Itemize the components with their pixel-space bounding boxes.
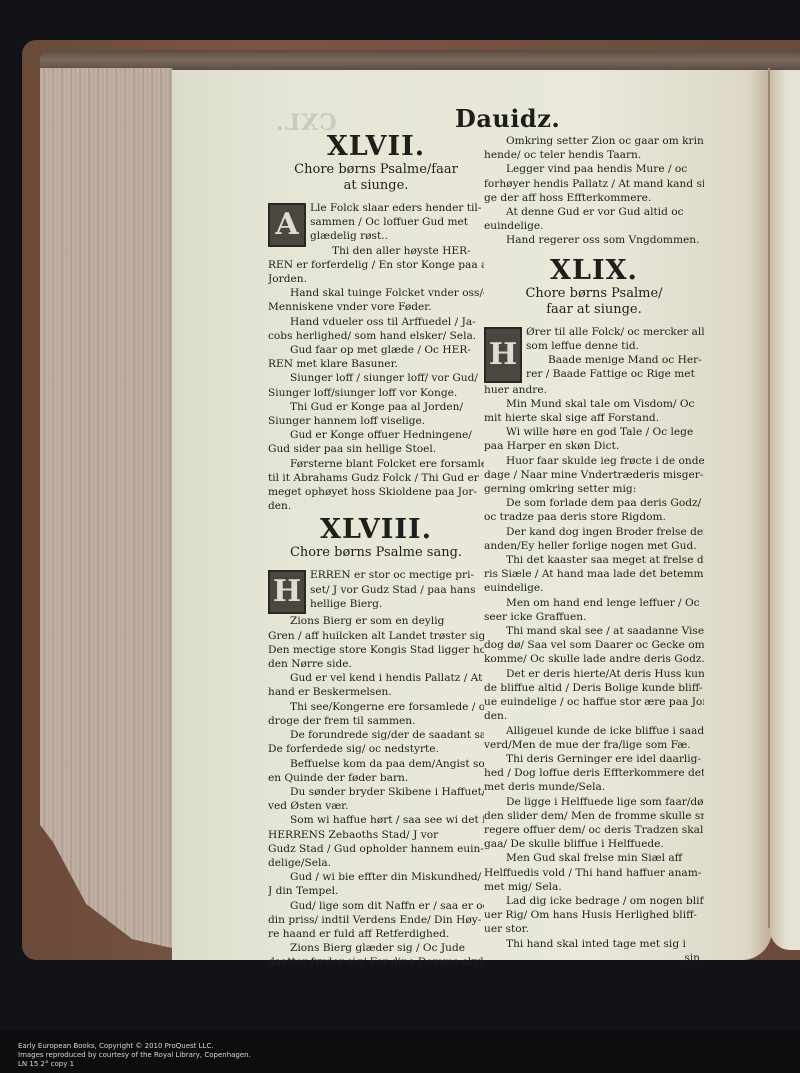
verse-line: ge der aff hoss Effterkommere. <box>484 191 704 205</box>
verse-line: gerning omkring setter mig: <box>484 482 704 496</box>
verse-line: ue euindelige / oc haffue stor ære paa J… <box>484 695 704 709</box>
verse-line: De forundrede sig/der de saadant saae/ <box>268 728 484 742</box>
verse-line: droge der frem til sammen. <box>268 714 484 728</box>
decorated-initial-icon: H <box>268 570 306 614</box>
verse-line: dage / Naar mine Vndertræderis misger- <box>484 468 704 482</box>
footer-line: LN 15 2° copy 1 <box>18 1060 251 1069</box>
psalm-number: XLVIII. <box>268 515 484 545</box>
verse-line: de bliffue altid / Deris Bolige kunde bl… <box>484 681 704 695</box>
psalm-title-line: Chore børns Psalme sang. <box>268 545 484 561</box>
verse-line: Thi den aller høyste HER- <box>310 244 484 258</box>
verse-line: Thi det kaaster saa meget at frelse de- <box>484 553 704 567</box>
psalm-49: XLIX. Chore børns Psalme/ faar at siunge… <box>484 256 704 965</box>
verse-line: gaa/ De skulle bliffue i Helffuede. <box>484 837 704 851</box>
verse-line: Den mectige store Kongis Stad ligger hos… <box>268 643 484 657</box>
psalm-title: Chore børns Psalme/faar at siunge. <box>268 162 484 194</box>
verse-line: Som wi haffue hørt / saa see wi det i <box>268 813 484 827</box>
verse-line: euindelige. <box>484 581 704 595</box>
psalm-body: H Ører til alle Folck/ oc mercker alle s… <box>484 325 704 965</box>
verse-line: verd/Men de mue der fra/lige som Fæ. <box>484 738 704 752</box>
verse-line: Omkring setter Zion oc gaar om kring <box>484 134 704 148</box>
verse-line: set/ J vor Gudz Stad / paa hans <box>310 583 484 597</box>
verse-line: Hand vdueler oss til Arffuedel / Ja- <box>268 315 484 329</box>
scan-viewport: CXL. Dauidz. XLVII. Chore børns Psalme/f… <box>0 0 800 1030</box>
footer-line: Early European Books, Copyright © 2010 P… <box>18 1042 251 1051</box>
psalm-body: H ERREN er stor oc mectige pri- set/ J v… <box>268 568 484 969</box>
psalm-title-line: Chore børns Psalme/faar <box>268 162 484 178</box>
psalm-body: A Lle Folck slaar eders hender til- samm… <box>268 201 484 513</box>
verse-line: ved Østen vær. <box>268 799 484 813</box>
verse-line: som leffue denne tid. <box>526 339 704 353</box>
psalm-number: XLVII. <box>268 132 484 162</box>
verse-line: seer icke Graffuen. <box>484 610 704 624</box>
verse-line: uer Rig/ Om hans Husis Herlighed bliff- <box>484 908 704 922</box>
verse-line: Zions Bierg glæder sig / Oc Jude <box>268 941 484 955</box>
decorated-initial-icon: H <box>484 327 522 383</box>
psalm-title: Chore børns Psalme/ faar at siunge. <box>484 286 704 318</box>
verse-line: oc tradze paa deris store Rigdom. <box>484 510 704 524</box>
verse-line: Thi mand skal see / at saadanne Vise <box>484 624 704 638</box>
verse-line: hed / Dog loffue deris Effterkommere det <box>484 766 704 780</box>
verse-line: Førsterne blant Folcket ere forsamlede <box>268 457 484 471</box>
verse-line: HERRENS Zebaoths Stad/ J vor <box>268 828 484 842</box>
verse-line: met mig/ Sela. <box>484 880 704 894</box>
verse-line: hand er Beskermelsen. <box>268 685 484 699</box>
decorated-initial-icon: A <box>268 203 306 247</box>
verse-line: euindelige. <box>484 219 704 233</box>
verse-line: den slider dem/ Men de fromme skulle sna… <box>484 809 704 823</box>
verse-line: De ligge i Helffuede lige som faar/dø- <box>484 795 704 809</box>
verse-line: Thi deris Gerninger ere idel daarlig- <box>484 752 704 766</box>
verse-line: Siunger hannem loff viselige. <box>268 414 484 428</box>
verse-line: Jorden. <box>268 272 484 286</box>
verse-line: cobs herlighed/ som hand elsker/ Sela. <box>268 329 484 343</box>
verse-line: At denne Gud er vor Gud altid oc <box>484 205 704 219</box>
verse-line: ERREN er stor oc mectige pri- <box>310 568 484 582</box>
verse-line: til it Abrahams Gudz Folck / Thi Gud er <box>268 471 484 485</box>
verse-line: den. <box>484 709 704 723</box>
psalm-number: XLIX. <box>484 256 704 286</box>
verse-line: De som forlade dem paa deris Godz/ <box>484 496 704 510</box>
verse-line: Gud / wi bie effter din Miskundhed/ <box>268 870 484 884</box>
verse-line: huer andre. <box>484 383 704 397</box>
verse-line: ris Siæle / At hand maa lade det betemme <box>484 567 704 581</box>
verse-line: en Quinde der føder barn. <box>268 771 484 785</box>
verse-line: forhøyer hendis Pallatz / At mand kand s… <box>484 177 704 191</box>
psalm-title: Chore børns Psalme sang. <box>268 545 484 561</box>
verse-line: Hand regerer oss som Vngdommen. <box>484 233 704 247</box>
psalm-48: XLVIII. Chore børns Psalme sang. H ERREN… <box>268 515 484 969</box>
verse-line: Siunger loff / siunger loff/ vor Gud/ <box>268 371 484 385</box>
verse-line: komme/ Oc skulle lade andre deris Godz. <box>484 652 704 666</box>
psalm-title-line: faar at siunge. <box>484 302 704 318</box>
verse-line: Thi hand skal inted tage met sig i <box>484 937 704 951</box>
verse-line: daatter fryder sig/ For dine Domme skyld… <box>268 955 484 969</box>
verse-line: Du sønder bryder Skibene i Haffuet/ <box>268 785 484 799</box>
psalm-title-line: Chore børns Psalme/ <box>484 286 704 302</box>
verse-line: Min Mund skal tale om Visdom/ Oc <box>484 397 704 411</box>
verse-line: Gudz Stad / Gud opholder hannem euin- <box>268 842 484 856</box>
left-column: XLVII. Chore børns Psalme/faar at siunge… <box>268 130 484 970</box>
verse-line: Men Gud skal frelse min Siæl aff <box>484 851 704 865</box>
verse-line: rer / Baade Fattige oc Rige met <box>526 367 704 381</box>
psalm-48-continued: Omkring setter Zion oc gaar om kring hen… <box>484 134 704 248</box>
verse-line: Beffuelse kom da paa dem/Angist som <box>268 757 484 771</box>
verse-line: Lad dig icke bedrage / om nogen bliff- <box>484 894 704 908</box>
verse-line: J din Tempel. <box>268 884 484 898</box>
verse-line: REN met klare Basuner. <box>268 357 484 371</box>
verse-line: hellige Bierg. <box>310 597 484 611</box>
verse-line: met deris munde/Sela. <box>484 780 704 794</box>
verse-line: din priss/ indtil Verdens Ende/ Din Høy- <box>268 913 484 927</box>
psalm-title-line: at siunge. <box>268 178 484 194</box>
verse-line: Men om hand end lenge leffuer / Oc <box>484 596 704 610</box>
verse-line: delige/Sela. <box>268 856 484 870</box>
verse-line: Menniskene vnder vore Føder. <box>268 300 484 314</box>
verse-line: Det er deris hierte/At deris Huss kun- <box>484 667 704 681</box>
verse-line: Der kand dog ingen Broder frelse den <box>484 525 704 539</box>
verse-line: Gud faar op met glæde / Oc HER- <box>268 343 484 357</box>
verse-line: dog dø/ Saa vel som Daarer oc Gecke om- <box>484 638 704 652</box>
verse-line: Zions Bierg er som en deylig <box>268 614 484 628</box>
verse-line: De forferdede sig/ oc nedstyrte. <box>268 742 484 756</box>
copyright-footer: Early European Books, Copyright © 2010 P… <box>18 1042 251 1069</box>
verse-line: regere offuer dem/ oc deris Tradzen skal… <box>484 823 704 837</box>
verse-line: Alligeuel kunde de icke bliffue i saadan <box>484 724 704 738</box>
verse-line: Gud sider paa sin hellige Stoel. <box>268 442 484 456</box>
verse-line: uer stor. <box>484 922 704 936</box>
book-headband <box>40 50 800 70</box>
verse-line: Gren / aff huilcken alt Landet trøster s… <box>268 629 484 643</box>
verse-line: Legger vind paa hendis Mure / oc <box>484 162 704 176</box>
verse-line: den. <box>268 499 484 513</box>
verse-line: hende/ oc teler hendis Taarn. <box>484 148 704 162</box>
verse-line: Baade menige Mand oc Her- <box>526 353 704 367</box>
verse-line: Thi Gud er Konge paa al Jorden/ <box>268 400 484 414</box>
right-column: Omkring setter Zion oc gaar om kring hen… <box>484 130 704 965</box>
verse-line: sammen / Oc loffuer Gud met <box>310 215 484 229</box>
verse-line: Gud/ lige som dit Naffn er / saa er oc <box>268 899 484 913</box>
verse-line: Wi wille høre en god Tale / Oc lege <box>484 425 704 439</box>
verse-line: Huor faar skulde ieg frøcte i de onde <box>484 454 704 468</box>
verse-line: Gud er vel kend i hendis Pallatz / At <box>268 671 484 685</box>
verse-line: Hand skal tuinge Folcket vnder oss/oc <box>268 286 484 300</box>
verse-line: Thi see/Kongerne ere forsamlede / oc <box>268 700 484 714</box>
verse-line: paa Harper en skøn Dict. <box>484 439 704 453</box>
psalm-47: XLVII. Chore børns Psalme/faar at siunge… <box>268 132 484 513</box>
verse-line: Helffuedis vold / Thi hand haffuer anam- <box>484 866 704 880</box>
verse-line: anden/Ey heller forlige nogen met Gud. <box>484 539 704 553</box>
verse-line: re haand er fuld aff Retferdighed. <box>268 927 484 941</box>
verse-line: mit hierte skal sige aff Forstand. <box>484 411 704 425</box>
running-head: Dauidz. <box>455 104 560 133</box>
recto-page-edge <box>770 70 800 950</box>
verse-line: Siunger loff/siunger loff vor Konge. <box>268 386 484 400</box>
verse-line: REN er forferdelig / En stor Konge paa a… <box>268 258 484 272</box>
verse-line: meget ophøyet hoss Skioldene paa Jor- <box>268 485 484 499</box>
verse-line: glædelig røst.. <box>310 229 484 243</box>
verse-line: Lle Folck slaar eders hender til- <box>310 201 484 215</box>
footer-line: Images reproduced by courtesy of the Roy… <box>18 1051 251 1060</box>
verse-line: den Nørre side. <box>268 657 484 671</box>
verse-line: Gud er Konge offuer Hedningene/ <box>268 428 484 442</box>
page-fore-edge <box>40 68 172 948</box>
verse-line: Ører til alle Folck/ oc mercker alle <box>526 325 704 339</box>
catchword: sin <box>484 951 704 965</box>
